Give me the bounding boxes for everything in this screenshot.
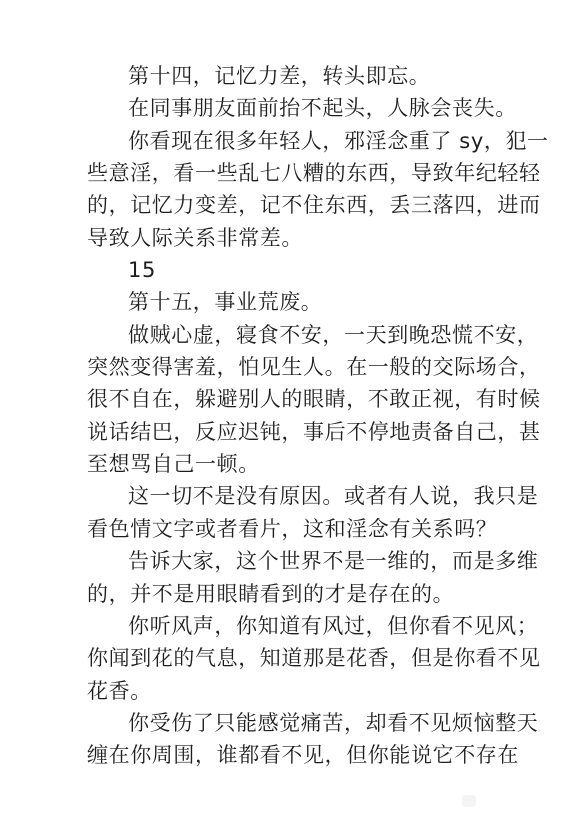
section-heading: 第十五，事业荒废。 <box>87 286 497 318</box>
text-line-14: 这一切不是没有原因。或者有人说，我只是 <box>87 480 497 512</box>
text-line-2: 在同事朋友面前抬不起头，人脉会丧失。 <box>87 92 497 124</box>
text-line-17: 的，并不是用眼睛看到的才是存在的。 <box>87 578 497 610</box>
text-line-3: 你看现在很多年轻人，邪淫念重了 sy，犯一 <box>87 125 497 157</box>
text-line-20: 花香。 <box>87 675 497 707</box>
article-text: 第十四，记忆力差，转头即忘。 在同事朋友面前抬不起头，人脉会丧失。 你看现在很多… <box>87 60 497 772</box>
text-line-10: 突然变得害羞，怕见生人。在一般的交际场合， <box>87 351 497 383</box>
text-line-5: 的，记忆力变差，记不住东西，丢三落四，进而 <box>87 189 497 221</box>
text-line-4: 些意淫，看一些乱七八糟的东西，导致年纪轻轻 <box>87 157 497 189</box>
text-line-15: 看色情文字或者看片，这和淫念有关系吗？ <box>87 513 497 545</box>
section-number: 15 <box>87 254 497 286</box>
text-line-19: 你闻到花的气息，知道那是花香，但是你看不见 <box>87 642 497 674</box>
text-line-18: 你听风声，你知道有风过，但你看不见风； <box>87 610 497 642</box>
text-line-16: 告诉大家，这个世界不是一维的，而是多维 <box>87 545 497 577</box>
text-line-6: 导致人际关系非常差。 <box>87 222 497 254</box>
text-line-21: 你受伤了只能感觉痛苦，却看不见烦恼整天 <box>87 707 497 739</box>
text-line-1: 第十四，记忆力差，转头即忘。 <box>87 60 497 92</box>
document-page: 第十四，记忆力差，转头即忘。 在同事朋友面前抬不起头，人脉会丧失。 你看现在很多… <box>0 0 580 820</box>
watermark-mark <box>462 795 476 807</box>
text-line-9: 做贼心虚，寝食不安，一天到晚恐慌不安， <box>87 319 497 351</box>
text-line-11: 很不自在，躲避别人的眼睛，不敢正视，有时候 <box>87 383 497 415</box>
text-line-12: 说话结巴，反应迟钝，事后不停地责备自己，甚 <box>87 416 497 448</box>
text-line-22: 缠在你周围，谁都看不见，但你能说它不存在 <box>87 739 497 771</box>
text-line-13: 至想骂自己一顿。 <box>87 448 497 480</box>
